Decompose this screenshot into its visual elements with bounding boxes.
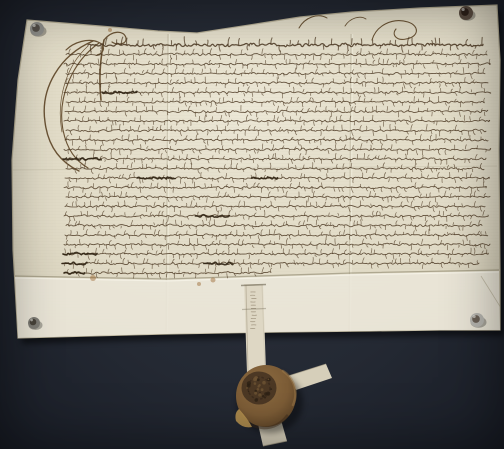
stain-spot — [90, 275, 96, 281]
photo-backdrop: Photograph of a late-medieval parchment … — [0, 0, 504, 449]
stain-spot — [108, 28, 112, 32]
stain-spot — [211, 278, 216, 283]
charter-photo — [0, 0, 504, 449]
stain-spot — [197, 282, 201, 286]
tag-slit-upper — [241, 285, 266, 286]
